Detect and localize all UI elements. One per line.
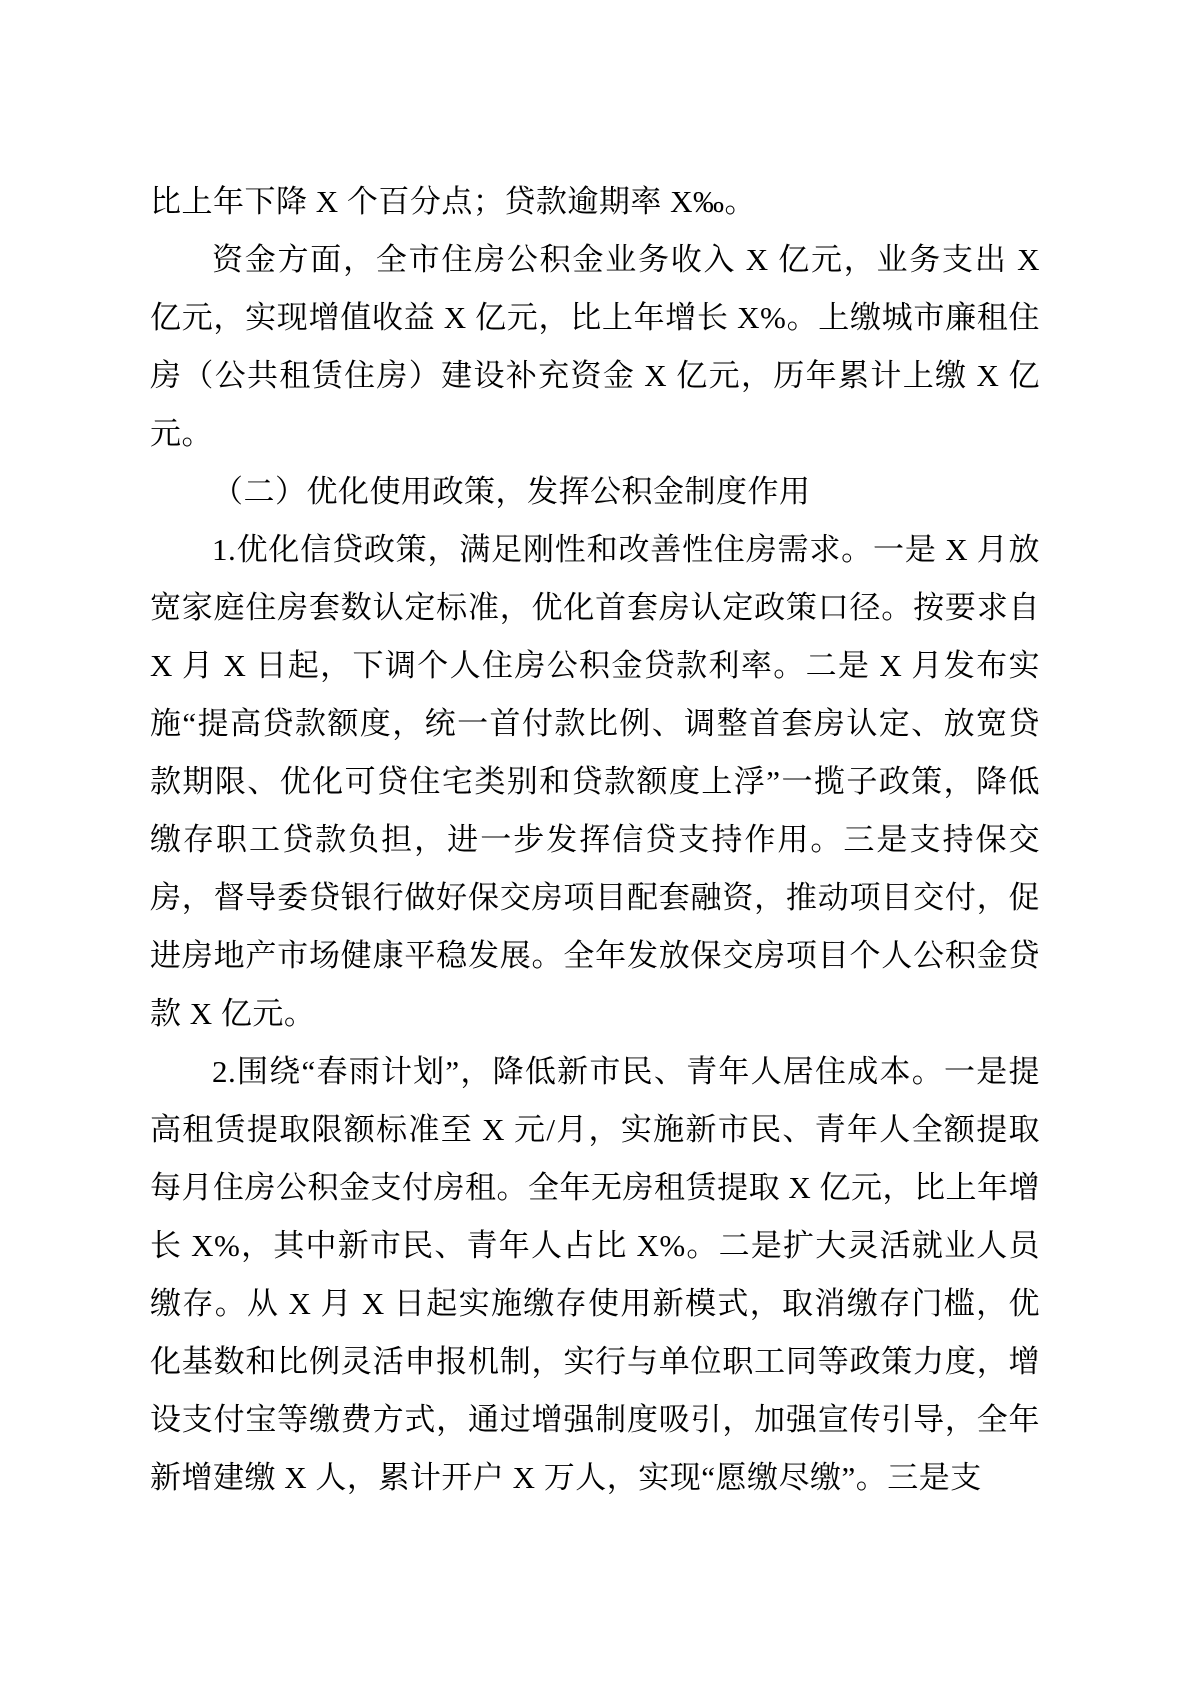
paragraph: 1.优化信贷政策，满足刚性和改善性住房需求。一是 X 月放宽家庭住房套数认定标准…: [150, 521, 1040, 1043]
section-heading: （二）优化使用政策，发挥公积金制度作用: [150, 463, 1040, 521]
paragraph: 资金方面，全市住房公积金业务收入 X 亿元，业务支出 X 亿元，实现增值收益 X…: [150, 231, 1040, 463]
document-page: 比上年下降 X 个百分点；贷款逾期率 X‰。资金方面，全市住房公积金业务收入 X…: [0, 0, 1190, 1683]
document-body: 比上年下降 X 个百分点；贷款逾期率 X‰。资金方面，全市住房公积金业务收入 X…: [150, 173, 1040, 1507]
paragraph: 2.围绕“春雨计划”，降低新市民、青年人居住成本。一是提高租赁提取限额标准至 X…: [150, 1043, 1040, 1507]
paragraph: 比上年下降 X 个百分点；贷款逾期率 X‰。: [150, 173, 1040, 231]
